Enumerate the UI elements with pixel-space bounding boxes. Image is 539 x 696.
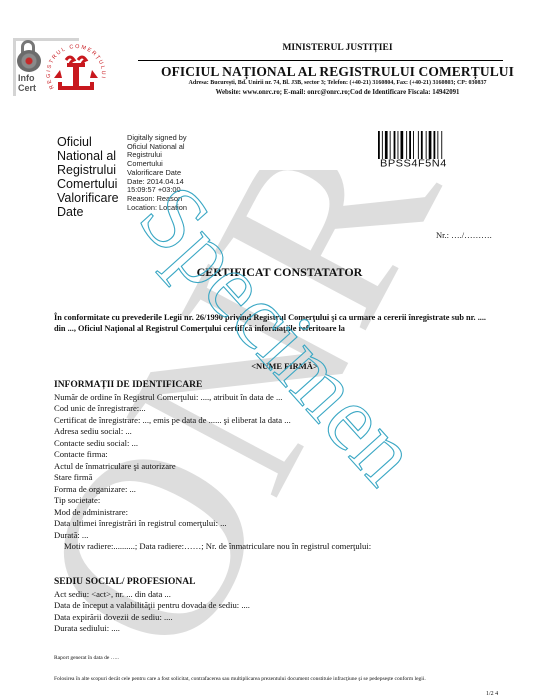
signer-name-line: Date: [57, 205, 119, 219]
signature-details: Digitally signed byOficiul National alRe…: [127, 134, 187, 212]
header-divider: [138, 60, 503, 61]
identification-row: Mod de administrare:: [54, 507, 524, 519]
signer-name-line: Comertului: [57, 177, 119, 191]
identification-row: Contacte firma:: [54, 449, 524, 461]
infocert-info: Info: [18, 73, 36, 83]
identification-row: Data ultimei înregistrări în registrul c…: [54, 518, 524, 530]
identification-row: Adresa sediu social: ...: [54, 426, 524, 438]
identification-row: Tip societate:: [54, 495, 524, 507]
signer-name-line: Registrului: [57, 163, 119, 177]
identification-rows: Număr de ordine în Registrul Comerţului:…: [54, 392, 524, 542]
signer-name: OficiulNational alRegistruluiComertuluiV…: [57, 135, 119, 219]
identification-row: Certificat de înregistrare: ..., emis pe…: [54, 415, 524, 427]
seat-row: Durata sediului: ....: [54, 623, 524, 635]
identification-row: Număr de ordine în Registrul Comerţului:…: [54, 392, 524, 404]
identification-row: Cod unic de înregistrare:...: [54, 403, 524, 415]
office-title: OFICIUL NAȚIONAL AL REGISTRULUI COMERȚUL…: [135, 64, 539, 80]
office-address: Adresa: București, Bd. Unirii nr. 74, Bl…: [135, 80, 539, 86]
document-title: CERTIFICAT CONSTATATOR: [0, 265, 539, 280]
infocert-cert: Cert: [18, 83, 36, 93]
seat-rows: Act sediu: <act>, nr. ... din data ...Da…: [54, 589, 524, 635]
office-contact: Website: www.onrc.ro; E-mail: onrc@onrc.…: [135, 89, 539, 96]
legal-warning: Folosirea în alte scopuri decât cele pen…: [54, 676, 474, 683]
seat-heading: SEDIU SOCIAL/ PROFESIONAL: [54, 577, 524, 589]
identification-heading: INFORMAȚII DE IDENTIFICARE: [54, 380, 524, 392]
signature-detail-line: Location: Location: [127, 204, 187, 213]
report-generated: Raport generat în data de …..: [54, 655, 119, 661]
lock-icon: [17, 50, 41, 72]
signer-name-line: Oficiul: [57, 135, 119, 149]
barcode-text: BPSS4F5N4: [380, 159, 444, 170]
barcode: [378, 131, 444, 159]
page-number: 1/2 4: [486, 691, 498, 696]
seat-section: SEDIU SOCIAL/ PROFESIONAL Act sediu: <ac…: [54, 577, 524, 635]
identification-row: Stare firmă: [54, 472, 524, 484]
ministry-name: MINISTERUL JUSTIȚIEI: [140, 43, 535, 53]
identification-row: Forma de organizare: ...: [54, 484, 524, 496]
onrc-logo-icon: REGISTRUL COMERȚULUI: [44, 38, 108, 98]
document-number: Nr.: …./……….: [436, 230, 492, 240]
seat-row: Data de început a valabilităţii pentru d…: [54, 600, 524, 612]
signer-name-line: National al: [57, 149, 119, 163]
seat-row: Data expirării dovezii de sediu: ....: [54, 612, 524, 624]
intro-paragraph: În conformitate cu prevederile Legii nr.…: [54, 313, 494, 334]
signer-name-line: Valorificare: [57, 191, 119, 205]
identification-row: Durată: ...: [54, 530, 524, 542]
infocert-logo-text: Info Cert: [18, 73, 36, 93]
identification-row: Contacte sediu social: ...: [54, 438, 524, 450]
firm-name: <NUME FIRMĂ>: [0, 361, 539, 371]
identification-section: INFORMAȚII DE IDENTIFICARE Număr de ordi…: [54, 380, 524, 553]
seat-row: Act sediu: <act>, nr. ... din data ...: [54, 589, 524, 601]
identification-row: Actul de înmatriculare şi autorizare: [54, 461, 524, 473]
radiation-row: Motiv radiere:..........; Data radiere:……: [54, 541, 524, 553]
